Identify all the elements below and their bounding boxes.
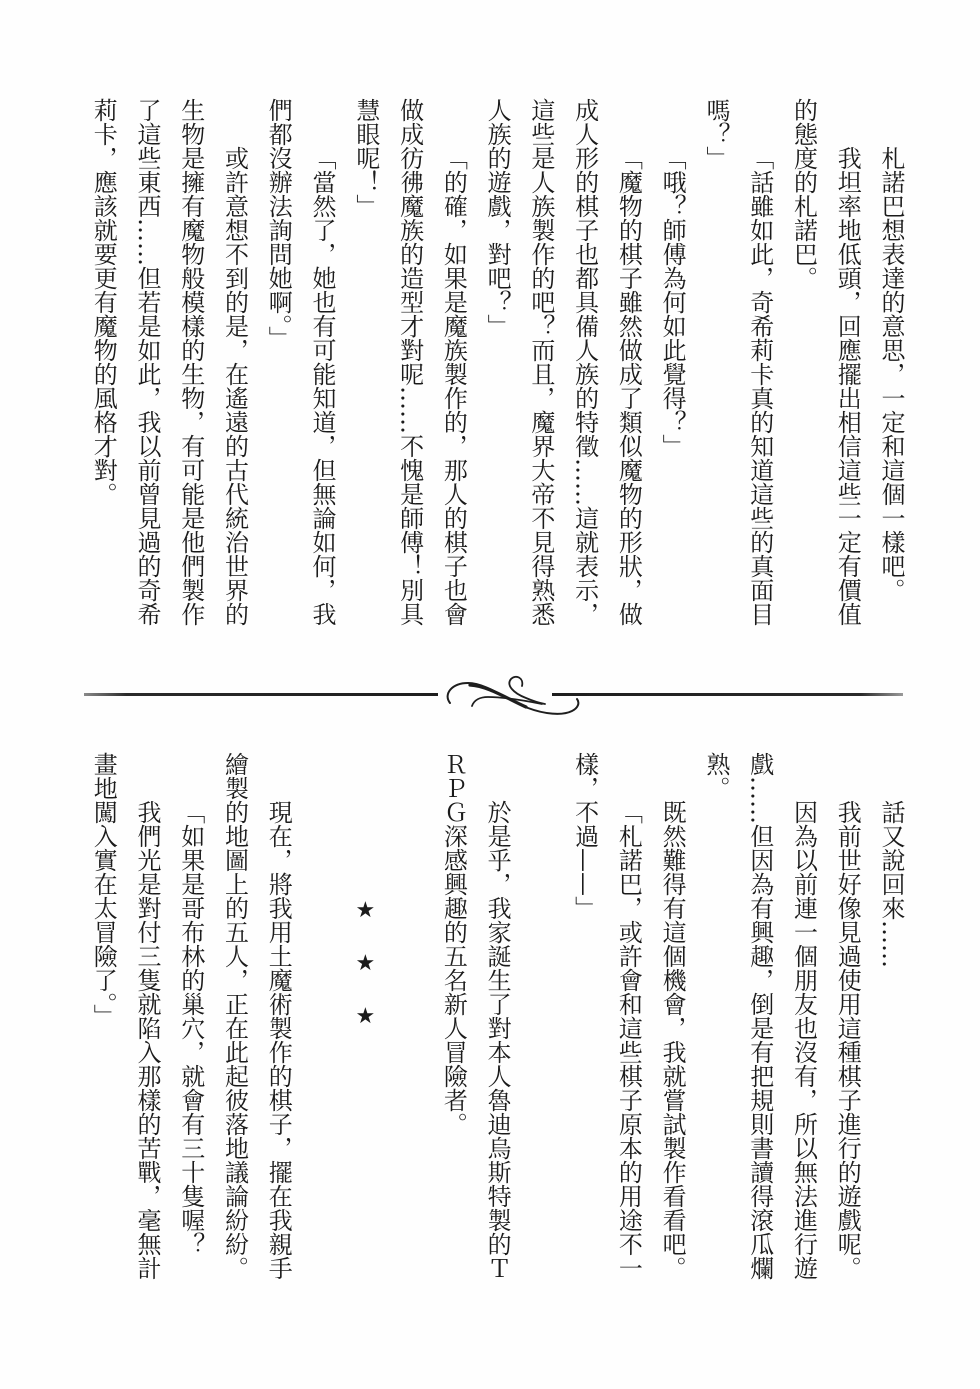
- text-line: 現在，將我用土魔術製作的棋子，擺在我親手: [256, 752, 300, 1280]
- text-line: 話又說回來……: [868, 752, 912, 1280]
- book-page: 札諾巴想表達的意思，一定和這個一樣吧。 我坦率地低頭，回應擺出相信這些一定有價值…: [0, 0, 980, 1389]
- text-line: 因為以前連一個朋友也沒有，所以無法進行遊: [781, 752, 825, 1280]
- top-text-block: 札諾巴想表達的意思，一定和這個一樣吧。 我坦率地低頭，回應擺出相信這些一定有價值…: [80, 98, 912, 626]
- bottom-text-block: 話又說回來…… 我前世好像見過使用這種棋子進行的遊戲呢。 因為以前連一個朋友也沒…: [80, 752, 912, 1280]
- dialogue-line: 成人形的棋子也都具備人族的特徵……這就表示，: [562, 98, 606, 626]
- divider-rule-left: [84, 693, 438, 696]
- dialogue-line: 我們光是對付三隻就陷入那樣的苦戰，毫無計: [124, 752, 168, 1280]
- dialogue-line: 「話雖如此，奇希莉卡真的知道這些的真面目: [737, 98, 781, 626]
- divider-rule-right: [552, 693, 903, 696]
- dialogue-line: 畫地闖入實在太冒險了。」: [80, 752, 124, 1280]
- text-line: 我前世好像見過使用這種棋子進行的遊戲呢。: [824, 752, 868, 1280]
- blank-line: [518, 752, 562, 1280]
- text-line: 熟。: [693, 752, 737, 1280]
- text-line: ＲＰＧ深感興趣的五名新人冒險者。: [431, 752, 475, 1280]
- dialogue-line: 做成彷彿魔族的造型才對呢……不愧是師傅！別具: [387, 98, 431, 626]
- text-line: 戲……但因為有興趣，倒是有把規則書讀得滾瓜爛: [737, 752, 781, 1280]
- dialogue-line: 慧眼呢！」: [343, 98, 387, 626]
- dialogue-line: 「如果是哥布林的巢穴，就會有三十隻喔？: [168, 752, 212, 1280]
- dialogue-line: 「魔物的棋子雖然做成了類似魔物的形狀，做: [606, 98, 650, 626]
- text-line: 繪製的地圖上的五人，正在此起彼落地議論紛紛。: [212, 752, 256, 1280]
- dialogue-line: 「的確，如果是魔族製作的，那人的棋子也會: [431, 98, 475, 626]
- text-line: 生物是擁有魔物般模樣的生物，有可能是他們製作: [168, 98, 212, 626]
- scene-break-stars: ★★★: [343, 752, 387, 1280]
- blank-line: [299, 752, 343, 1280]
- dialogue-line: 人族的遊戲，對吧？」: [474, 98, 518, 626]
- text-line: 於是乎，我家誕生了對本人魯迪烏斯特製的Ｔ: [474, 752, 518, 1280]
- dialogue-line: 「札諾巴，或許會和這些棋子原本的用途不一: [606, 752, 650, 1280]
- text-line: 既然難得有這個機會，我就嘗試製作看看吧。: [649, 752, 693, 1280]
- dialogue-line: 「哦？師傅為何如此覺得？」: [649, 98, 693, 626]
- dialogue-line: 「當然了，她也有可能知道，但無論如何，我: [299, 98, 343, 626]
- dialogue-line: 們都沒辦法詢問她啊。」: [256, 98, 300, 626]
- text-line: 或許意想不到的是，在遙遠的古代統治世界的: [212, 98, 256, 626]
- text-line: 札諾巴想表達的意思，一定和這個一樣吧。: [868, 98, 912, 626]
- blank-line: [387, 752, 431, 1280]
- text-line: 了這些東西……但若是如此，我以前曾見過的奇希: [124, 98, 168, 626]
- dialogue-line: 這些是人族製作的吧？而且，魔界大帝不見得熟悉: [518, 98, 562, 626]
- text-line: 的態度的札諾巴。: [781, 98, 825, 626]
- text-line: 莉卡，應該就要更有魔物的風格才對。: [80, 98, 124, 626]
- dialogue-line: 樣，不過——」: [562, 752, 606, 1280]
- text-line: 我坦率地低頭，回應擺出相信這些一定有價值: [824, 98, 868, 626]
- dialogue-line: 嗎？」: [693, 98, 737, 626]
